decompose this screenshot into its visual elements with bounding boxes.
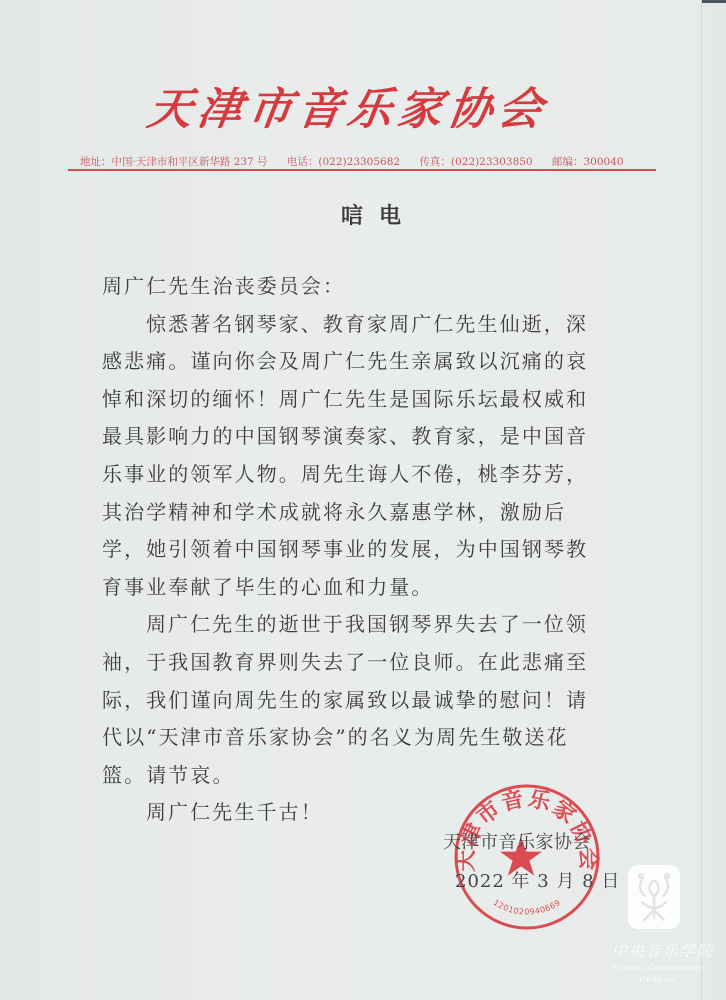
letter-body: 周广仁先生治丧委员会： 惊悉著名钢琴家、教育家周广仁先生仙逝，深感悲痛。谨向你会… (102, 268, 602, 832)
page-edge-shadow (702, 0, 726, 3)
signature-organization: 天津市音乐家协会 (443, 828, 591, 854)
contact-phone: 电话：(022)23305682 (287, 156, 400, 168)
paragraph-condolence: 惊悉著名钢琴家、教育家周广仁先生仙逝，深感悲痛。谨向你会及周广仁先生亲属致以沉痛… (102, 306, 602, 607)
contact-postcode: 邮编：300040 (552, 156, 624, 168)
seal-serial-number: 1201020940669 (492, 898, 563, 917)
watermark-name-en-line1: Central Conservatory (590, 962, 726, 972)
letterhead-organization-name: 天津市音乐家协会 (144, 80, 552, 140)
salutation: 周广仁先生治丧委员会： (102, 268, 602, 306)
conservatory-logo-icon (628, 865, 680, 929)
svg-text:1201020940669: 1201020940669 (492, 898, 563, 917)
watermark-name-en-line2: Of Music (590, 974, 726, 984)
signature-date: 2022 年 3 月 8 日 (455, 867, 620, 893)
contact-fax: 传真：(022)23303850 (419, 156, 532, 168)
letterhead-contact-line: 地址：中国·天津市和平区新华路 237 号 电话：(022)23305682 传… (80, 154, 660, 169)
page-edge (701, 0, 702, 1000)
letter-page: 天津市音乐家协会 地址：中国·天津市和平区新华路 237 号 电话：(022)2… (0, 0, 726, 1000)
document-title: 唁电 (0, 199, 726, 230)
official-seal: 天津市音乐家协会 1201020940669 (453, 783, 601, 931)
watermark-name-cn: 中央音乐学院 (600, 940, 726, 961)
letterhead-divider (68, 169, 656, 171)
paragraph-tribute: 周广仁先生的逝世于我国钢琴界失去了一位领袖，于我国教育界则失去了一位良师。在此悲… (102, 606, 602, 794)
contact-address: 地址：中国·天津市和平区新华路 237 号 (80, 156, 268, 168)
